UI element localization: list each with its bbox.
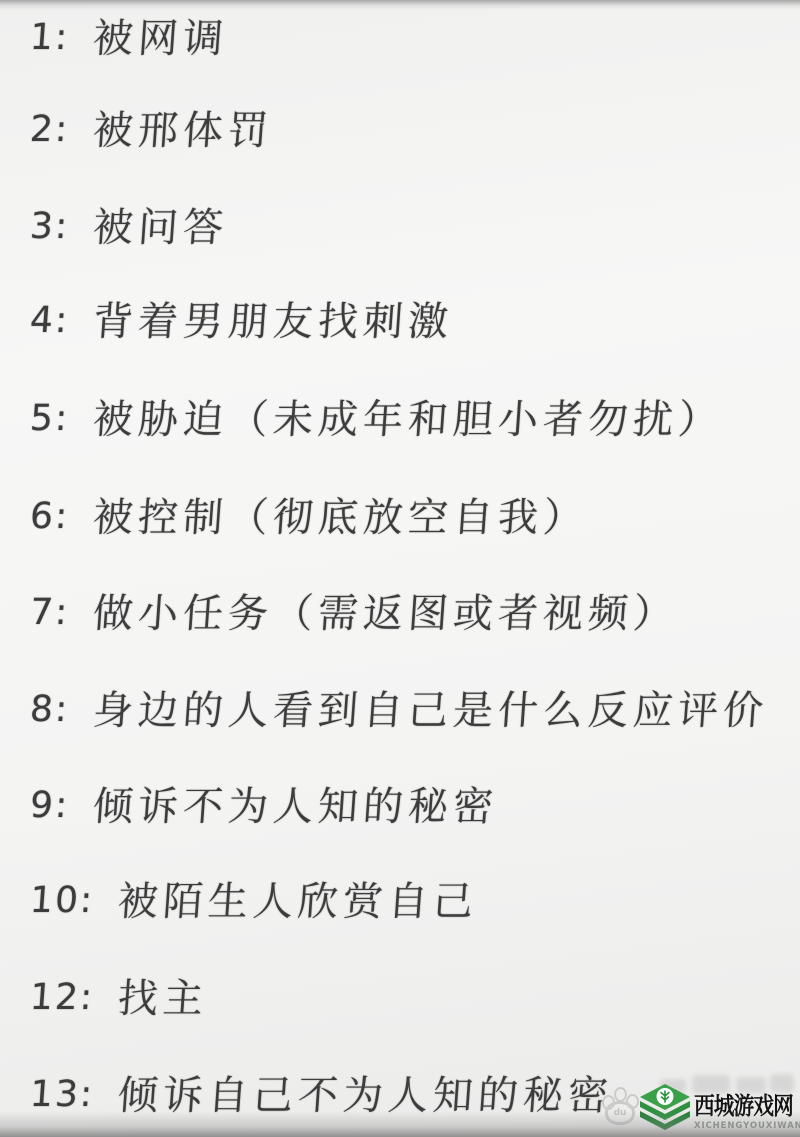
item-text: 被控制（彻底放空自我）: [91, 495, 589, 541]
item-text: 被陌生人欣赏自己: [116, 879, 479, 925]
item-number: 10:: [29, 879, 96, 922]
item-text: 被胁迫（未成年和胆小者勿扰）: [91, 397, 724, 443]
item-text: 倾诉不为人知的秘密: [91, 784, 499, 830]
photo-of-handwritten-list: 1: 被网调 2: 被邢体罚 3: 被问答 4: 背着男朋友找刺激 5: 被胁迫…: [0, 0, 800, 1137]
item-text: 被邢体罚: [91, 108, 274, 154]
item-text: 找主: [116, 976, 209, 1022]
list-item: 7: 做小任务（需返图或者视频）: [28, 591, 679, 637]
item-number: 12:: [29, 976, 96, 1019]
item-number: 13:: [29, 1073, 96, 1116]
list-item: 9: 倾诉不为人知的秘密: [28, 784, 499, 830]
item-text: 做小任务（需返图或者视频）: [91, 591, 679, 637]
list-item: 1: 被网调: [28, 16, 229, 62]
item-number: 5:: [29, 397, 71, 440]
bottom-edge-shadow: [0, 1111, 800, 1137]
item-text: 被问答: [91, 205, 229, 251]
item-number: 1:: [29, 16, 71, 59]
item-text: 背着男朋友找刺激: [91, 299, 454, 345]
item-number: 4:: [29, 299, 71, 342]
list-item: 4: 背着男朋友找刺激: [28, 299, 454, 345]
item-number: 3:: [29, 205, 71, 248]
list-item: 8: 身边的人看到自己是什么反应评价: [28, 688, 769, 734]
list-item: 12: 找主: [28, 976, 209, 1022]
item-number: 8:: [29, 688, 71, 731]
list-item: 5: 被胁迫（未成年和胆小者勿扰）: [28, 397, 724, 443]
item-number: 9:: [29, 784, 71, 827]
item-text: 身边的人看到自己是什么反应评价: [91, 688, 769, 734]
list-item: 6: 被控制（彻底放空自我）: [28, 495, 589, 541]
item-number: 7:: [29, 591, 71, 634]
item-text: 被网调: [91, 16, 229, 62]
list-item: 3: 被问答: [28, 205, 229, 251]
list-item: 2: 被邢体罚: [28, 108, 274, 154]
top-edge-shadow: [0, 0, 800, 10]
item-number: 6:: [29, 495, 71, 538]
list-item: 10: 被陌生人欣赏自己: [28, 879, 479, 925]
item-number: 2:: [29, 108, 71, 151]
